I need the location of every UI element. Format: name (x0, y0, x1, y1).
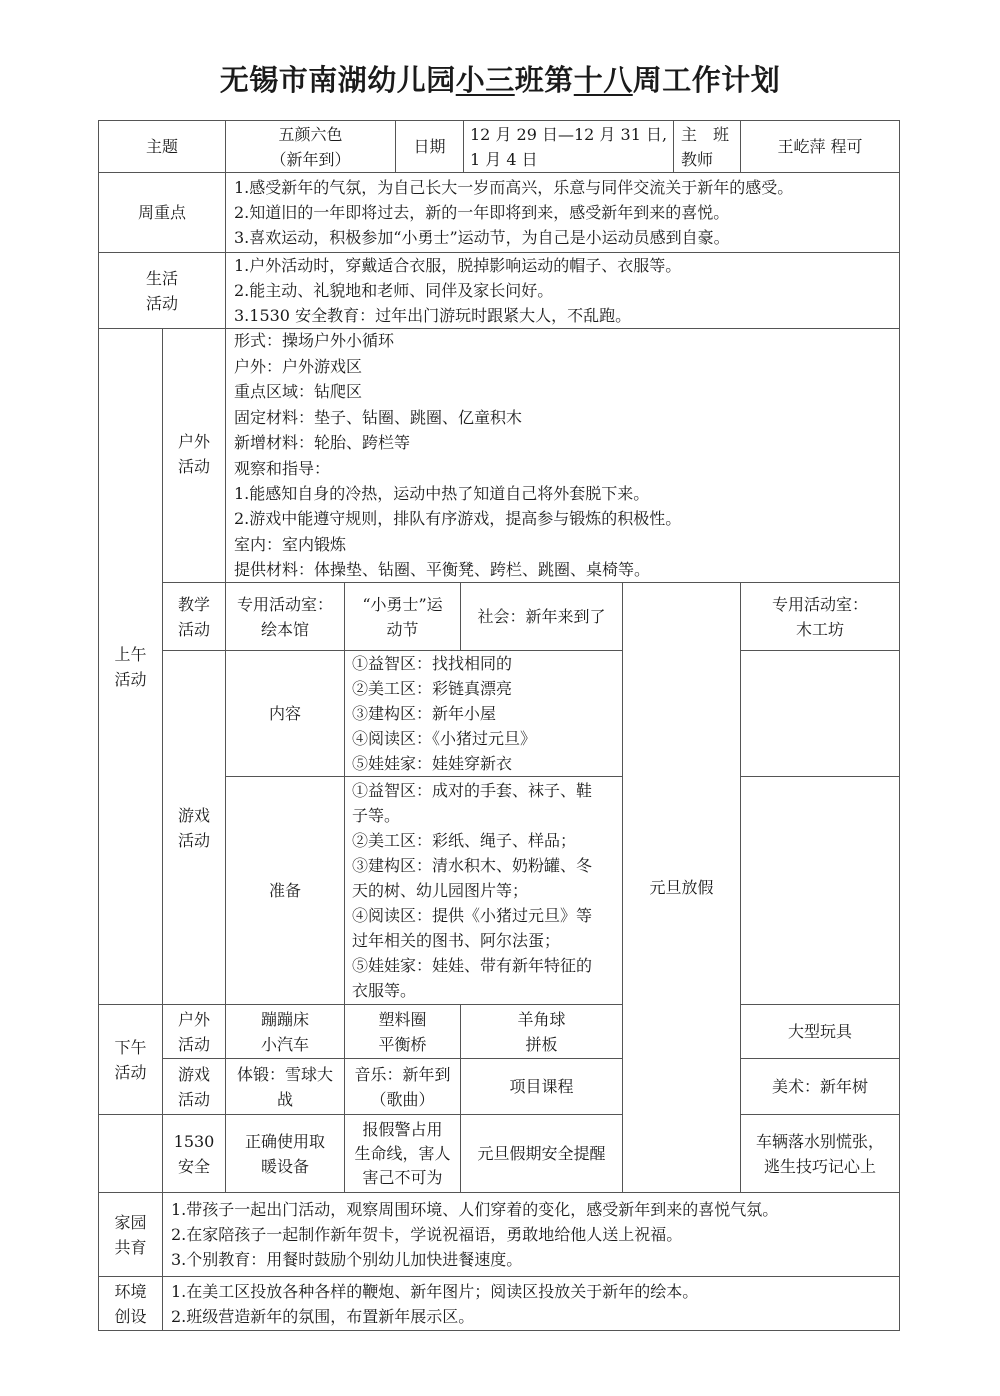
home-school-item: 2.在家陪孩子一起制作新年贺卡，学说祝福语，勇敢地给他人送上祝福。 (171, 1222, 682, 1247)
home-school-label-2: 共育 (114, 1235, 146, 1260)
game-content-line: ④阅读区：《小猪过元旦》 (352, 726, 536, 751)
theme-label: 主题 (146, 134, 178, 159)
life-activity-item: 1.户外活动时，穿戴适合衣服，脱掉影响运动的帽子、衣服等。 (234, 253, 681, 278)
date-label-cell: 日期 (395, 120, 464, 173)
safety-text: 逃生技巧记心上 (764, 1154, 876, 1179)
afternoon-outdoor-day-5: 大型玩具 (740, 1004, 900, 1059)
safety-label-cell: 1530 安全 (162, 1114, 226, 1193)
teaching-day-3: 社会：新年来到了 (460, 582, 623, 651)
game-content-label-cell: 内容 (225, 650, 345, 777)
outdoor-line: 2.游戏中能遵守规则，排队有序游戏，提高参与锻炼的积极性。 (234, 506, 681, 531)
game-label: 游戏 (178, 803, 210, 828)
game-prep-line: 天的树、幼儿园图片等； (352, 878, 528, 903)
morning-label-2: 活动 (114, 667, 146, 692)
weekly-focus-label-cell: 周重点 (98, 172, 226, 253)
afternoon-outdoor-label-2: 活动 (178, 1032, 210, 1057)
weekly-focus-item: 3.喜欢运动，积极参加“小勇士”运动节，为自己是小运动员感到自豪。 (234, 225, 730, 250)
teaching-day-text: “小勇士”运 (362, 592, 442, 617)
afternoon-game-text: 音乐：新年到 (354, 1062, 450, 1087)
safety-text: 车辆落水别慌张， (756, 1129, 884, 1154)
outdoor-line: 新增材料：轮胎、跨栏等 (234, 430, 410, 455)
title-suffix: 周工作计划 (633, 63, 781, 97)
afternoon-label-cell: 下午 活动 (98, 1004, 163, 1115)
safety-text: 正确使用取 (245, 1129, 325, 1154)
game-prep-cell: ①益智区：成对的手套、袜子、鞋 子等。 ②美工区：彩纸、绳子、样品； ③建构区：… (344, 776, 623, 1005)
afternoon-outdoor-day-2: 塑料圈 平衡桥 (344, 1004, 461, 1059)
safety-day-3: 元旦假期安全提醒 (460, 1114, 623, 1193)
afternoon-outdoor-label-cell: 户外 活动 (162, 1004, 226, 1059)
morning-label: 上午 (114, 642, 146, 667)
theme-label-cell: 主题 (98, 120, 226, 173)
game-prep-line: 子等。 (352, 803, 400, 828)
afternoon-game-day-5: 美术：新年树 (740, 1058, 900, 1115)
outdoor-line: 1.能感知自身的冷热，运动中热了知道自己将外套脱下来。 (234, 481, 649, 506)
afternoon-game-text: 项目课程 (509, 1074, 573, 1099)
page-title: 无锡市南湖幼儿园小三班第十八周工作计划 (0, 58, 1000, 99)
game-content-label: 内容 (269, 701, 301, 726)
weekly-focus-item: 1.感受新年的气氛，为自己长大一岁而高兴，乐意与同伴交流关于新年的感受。 (234, 175, 793, 200)
morning-label-cell: 上午 活动 (98, 328, 163, 1005)
morning-outdoor-label: 户外 (178, 429, 210, 454)
game-content-line: ②美工区：彩链真漂亮 (352, 676, 512, 701)
morning-outdoor-label-2: 活动 (178, 454, 210, 479)
teaching-label-2: 活动 (178, 617, 210, 642)
outdoor-line: 户外：户外游戏区 (234, 354, 362, 379)
game-prep-line: 过年相关的图书、阿尔法蛋； (352, 928, 560, 953)
afternoon-game-day-1: 体锻：雪球大 战 (225, 1058, 345, 1115)
game-content-cell: ①益智区：找找相同的 ②美工区：彩链真漂亮 ③建构区：新年小屋 ④阅读区：《小猪… (344, 650, 623, 777)
game-content-line: ③建构区：新年小屋 (352, 701, 496, 726)
life-activity-label-cell: 生活 活动 (98, 252, 226, 329)
life-activity-label: 生活 (146, 266, 178, 291)
afternoon-outdoor-text: 羊角球 (517, 1007, 565, 1032)
safety-text: 生命线，害人 (354, 1142, 450, 1166)
outdoor-line: 室内：室内锻炼 (234, 532, 346, 557)
game-prep-line: ②美工区：彩纸、绳子、样品； (352, 828, 576, 853)
afternoon-game-text: 体锻：雪球大 (237, 1062, 333, 1087)
afternoon-game-day-3: 项目课程 (460, 1058, 623, 1115)
afternoon-game-text: （歌曲） (370, 1087, 434, 1112)
safety-text: 害己不可为 (362, 1166, 442, 1190)
date-extra: 1 月 4 日 (470, 147, 538, 172)
outdoor-line: 形式：操场户外小循环 (234, 328, 394, 353)
home-school-label-cell: 家园 共育 (98, 1192, 163, 1277)
teacher-value-cell: 王屹萍 程可 (740, 120, 900, 173)
afternoon-outdoor-text: 拼板 (525, 1032, 557, 1057)
teaching-day-text: 社会：新年来到了 (477, 604, 605, 629)
teacher-label: 主 班 (681, 122, 729, 147)
afternoon-outdoor-text: 平衡桥 (378, 1032, 426, 1057)
teacher-label-2: 教师 (681, 147, 713, 172)
afternoon-outdoor-day-3: 羊角球 拼板 (460, 1004, 623, 1059)
afternoon-game-day-2: 音乐：新年到 （歌曲） (344, 1058, 461, 1115)
game-prep-label-cell: 准备 (225, 776, 345, 1005)
title-class: 小三 (456, 63, 515, 97)
afternoon-outdoor-day-1: 蹦蹦床 小汽车 (225, 1004, 345, 1059)
life-activity-label-2: 活动 (146, 291, 178, 316)
date-label: 日期 (413, 134, 445, 159)
afternoon-outdoor-label: 户外 (178, 1007, 210, 1032)
afternoon-label: 下午 (114, 1035, 146, 1060)
teacher-names: 王屹萍 程可 (777, 134, 862, 159)
holiday-cell: 元旦放假 (622, 582, 741, 1193)
safety-text: 报假警占用 (362, 1118, 442, 1142)
life-activity-item: 3.1530 安全教育：过年出门游玩时跟紧大人，不乱跑。 (234, 303, 631, 328)
game-prep-line: 衣服等。 (352, 978, 416, 1003)
environment-item: 1.在美工区投放各种各样的鞭炮、新年图片；阅读区投放关于新年的绘本。 (171, 1279, 698, 1304)
outdoor-line: 提供材料：体操垫、钻圈、平衡凳、跨栏、跳圈、桌椅等。 (234, 557, 650, 582)
teaching-day-text: 专用活动室： (772, 592, 868, 617)
game-prep-line: ①益智区：成对的手套、袜子、鞋 (352, 778, 592, 803)
game-prep-day5-cell (740, 776, 900, 1005)
environment-item: 2.班级营造新年的氛围，布置新年展示区。 (171, 1304, 474, 1329)
afternoon-outdoor-text: 塑料圈 (378, 1007, 426, 1032)
game-label-cell: 游戏 活动 (162, 650, 226, 1005)
teaching-day-1: 专用活动室： 绘本馆 (225, 582, 345, 651)
weekly-focus-item: 2.知道旧的一年即将过去，新的一年即将到来，感受新年到来的喜悦。 (234, 200, 729, 225)
teaching-day-5: 专用活动室： 木工坊 (740, 582, 900, 651)
environment-label: 环境 (114, 1279, 146, 1304)
home-school-item: 1.带孩子一起出门活动，观察周围环境、人们穿着的变化，感受新年到来的喜悦气氛。 (171, 1197, 778, 1222)
teaching-day-text: 绘本馆 (261, 617, 309, 642)
date-range: 12 月 29 日—12 月 31 日, (470, 122, 667, 147)
teaching-label: 教学 (178, 592, 210, 617)
game-content-line: ①益智区：找找相同的 (352, 651, 512, 676)
weekly-focus-label: 周重点 (138, 200, 186, 225)
home-school-content: 1.带孩子一起出门活动，观察周围环境、人们穿着的变化，感受新年到来的喜悦气氛。 … (162, 1192, 900, 1277)
environment-label-2: 创设 (114, 1304, 146, 1329)
safety-empty-cell (98, 1114, 163, 1193)
life-activity-item: 2.能主动、礼貌地和老师、同伴及家长问好。 (234, 278, 553, 303)
theme-value: 五颜六色 (278, 122, 342, 147)
game-prep-line: ④阅读区：提供《小猪过元旦》等 (352, 903, 592, 928)
teaching-day-text: 动节 (386, 617, 418, 642)
teaching-day-2: “小勇士”运 动节 (344, 582, 461, 651)
theme-subtitle: （新年到） (270, 147, 350, 172)
title-school: 无锡市南湖幼儿园 (220, 63, 456, 97)
afternoon-label-2: 活动 (114, 1060, 146, 1085)
date-value-cell: 12 月 29 日—12 月 31 日, 1 月 4 日 (463, 120, 674, 173)
safety-label: 1530 (174, 1129, 215, 1154)
game-label-2: 活动 (178, 828, 210, 853)
afternoon-outdoor-text: 蹦蹦床 (261, 1007, 309, 1032)
environment-label-cell: 环境 创设 (98, 1276, 163, 1331)
afternoon-game-label-cell: 游戏 活动 (162, 1058, 226, 1115)
game-prep-line: ③建构区：清水积木、奶粉罐、冬 (352, 853, 592, 878)
afternoon-game-text: 美术：新年树 (772, 1074, 868, 1099)
teaching-day-text: 木工坊 (796, 617, 844, 642)
teaching-label-cell: 教学 活动 (162, 582, 226, 651)
morning-outdoor-content: 形式：操场户外小循环 户外：户外游戏区 重点区域：钻爬区 固定材料：垫子、钻圈、… (225, 328, 900, 583)
safety-day-2: 报假警占用 生命线，害人 害己不可为 (344, 1114, 461, 1193)
safety-text: 暖设备 (261, 1154, 309, 1179)
title-mid: 班第 (515, 63, 574, 97)
game-content-day5-cell (740, 650, 900, 777)
afternoon-game-text: 战 (277, 1087, 293, 1112)
safety-text: 元旦假期安全提醒 (477, 1141, 605, 1166)
environment-content: 1.在美工区投放各种各样的鞭炮、新年图片；阅读区投放关于新年的绘本。 2.班级营… (162, 1276, 900, 1331)
home-school-item: 3.个别教育：用餐时鼓励个别幼儿加快进餐速度。 (171, 1247, 522, 1272)
game-content-line: ⑤娃娃家：娃娃穿新衣 (352, 751, 512, 776)
outdoor-line: 重点区域：钻爬区 (234, 379, 362, 404)
title-week: 十八 (574, 63, 633, 97)
life-activity-content: 1.户外活动时，穿戴适合衣服，脱掉影响运动的帽子、衣服等。 2.能主动、礼貌地和… (225, 252, 900, 329)
safety-day-5: 车辆落水别慌张， 逃生技巧记心上 (740, 1114, 900, 1193)
afternoon-game-label: 游戏 (178, 1062, 210, 1087)
home-school-label: 家园 (114, 1210, 146, 1235)
outdoor-line: 固定材料：垫子、钻圈、跳圈、亿童积木 (234, 405, 522, 430)
safety-day-1: 正确使用取 暖设备 (225, 1114, 345, 1193)
afternoon-outdoor-text: 大型玩具 (788, 1019, 852, 1044)
theme-value-cell: 五颜六色 （新年到） (225, 120, 396, 173)
holiday-label: 元旦放假 (649, 875, 713, 900)
game-prep-label: 准备 (269, 878, 301, 903)
afternoon-outdoor-text: 小汽车 (261, 1032, 309, 1057)
morning-outdoor-label-cell: 户外 活动 (162, 328, 226, 583)
safety-label-2: 安全 (178, 1154, 210, 1179)
teaching-day-text: 专用活动室： (237, 592, 333, 617)
weekly-focus-content: 1.感受新年的气氛，为自己长大一岁而高兴，乐意与同伴交流关于新年的感受。 2.知… (225, 172, 900, 253)
afternoon-game-label-2: 活动 (178, 1087, 210, 1112)
game-prep-line: ⑤娃娃家：娃娃、带有新年特征的 (352, 953, 592, 978)
outdoor-line: 观察和指导： (234, 456, 330, 481)
teacher-label-cell: 主 班 教师 (673, 120, 741, 173)
